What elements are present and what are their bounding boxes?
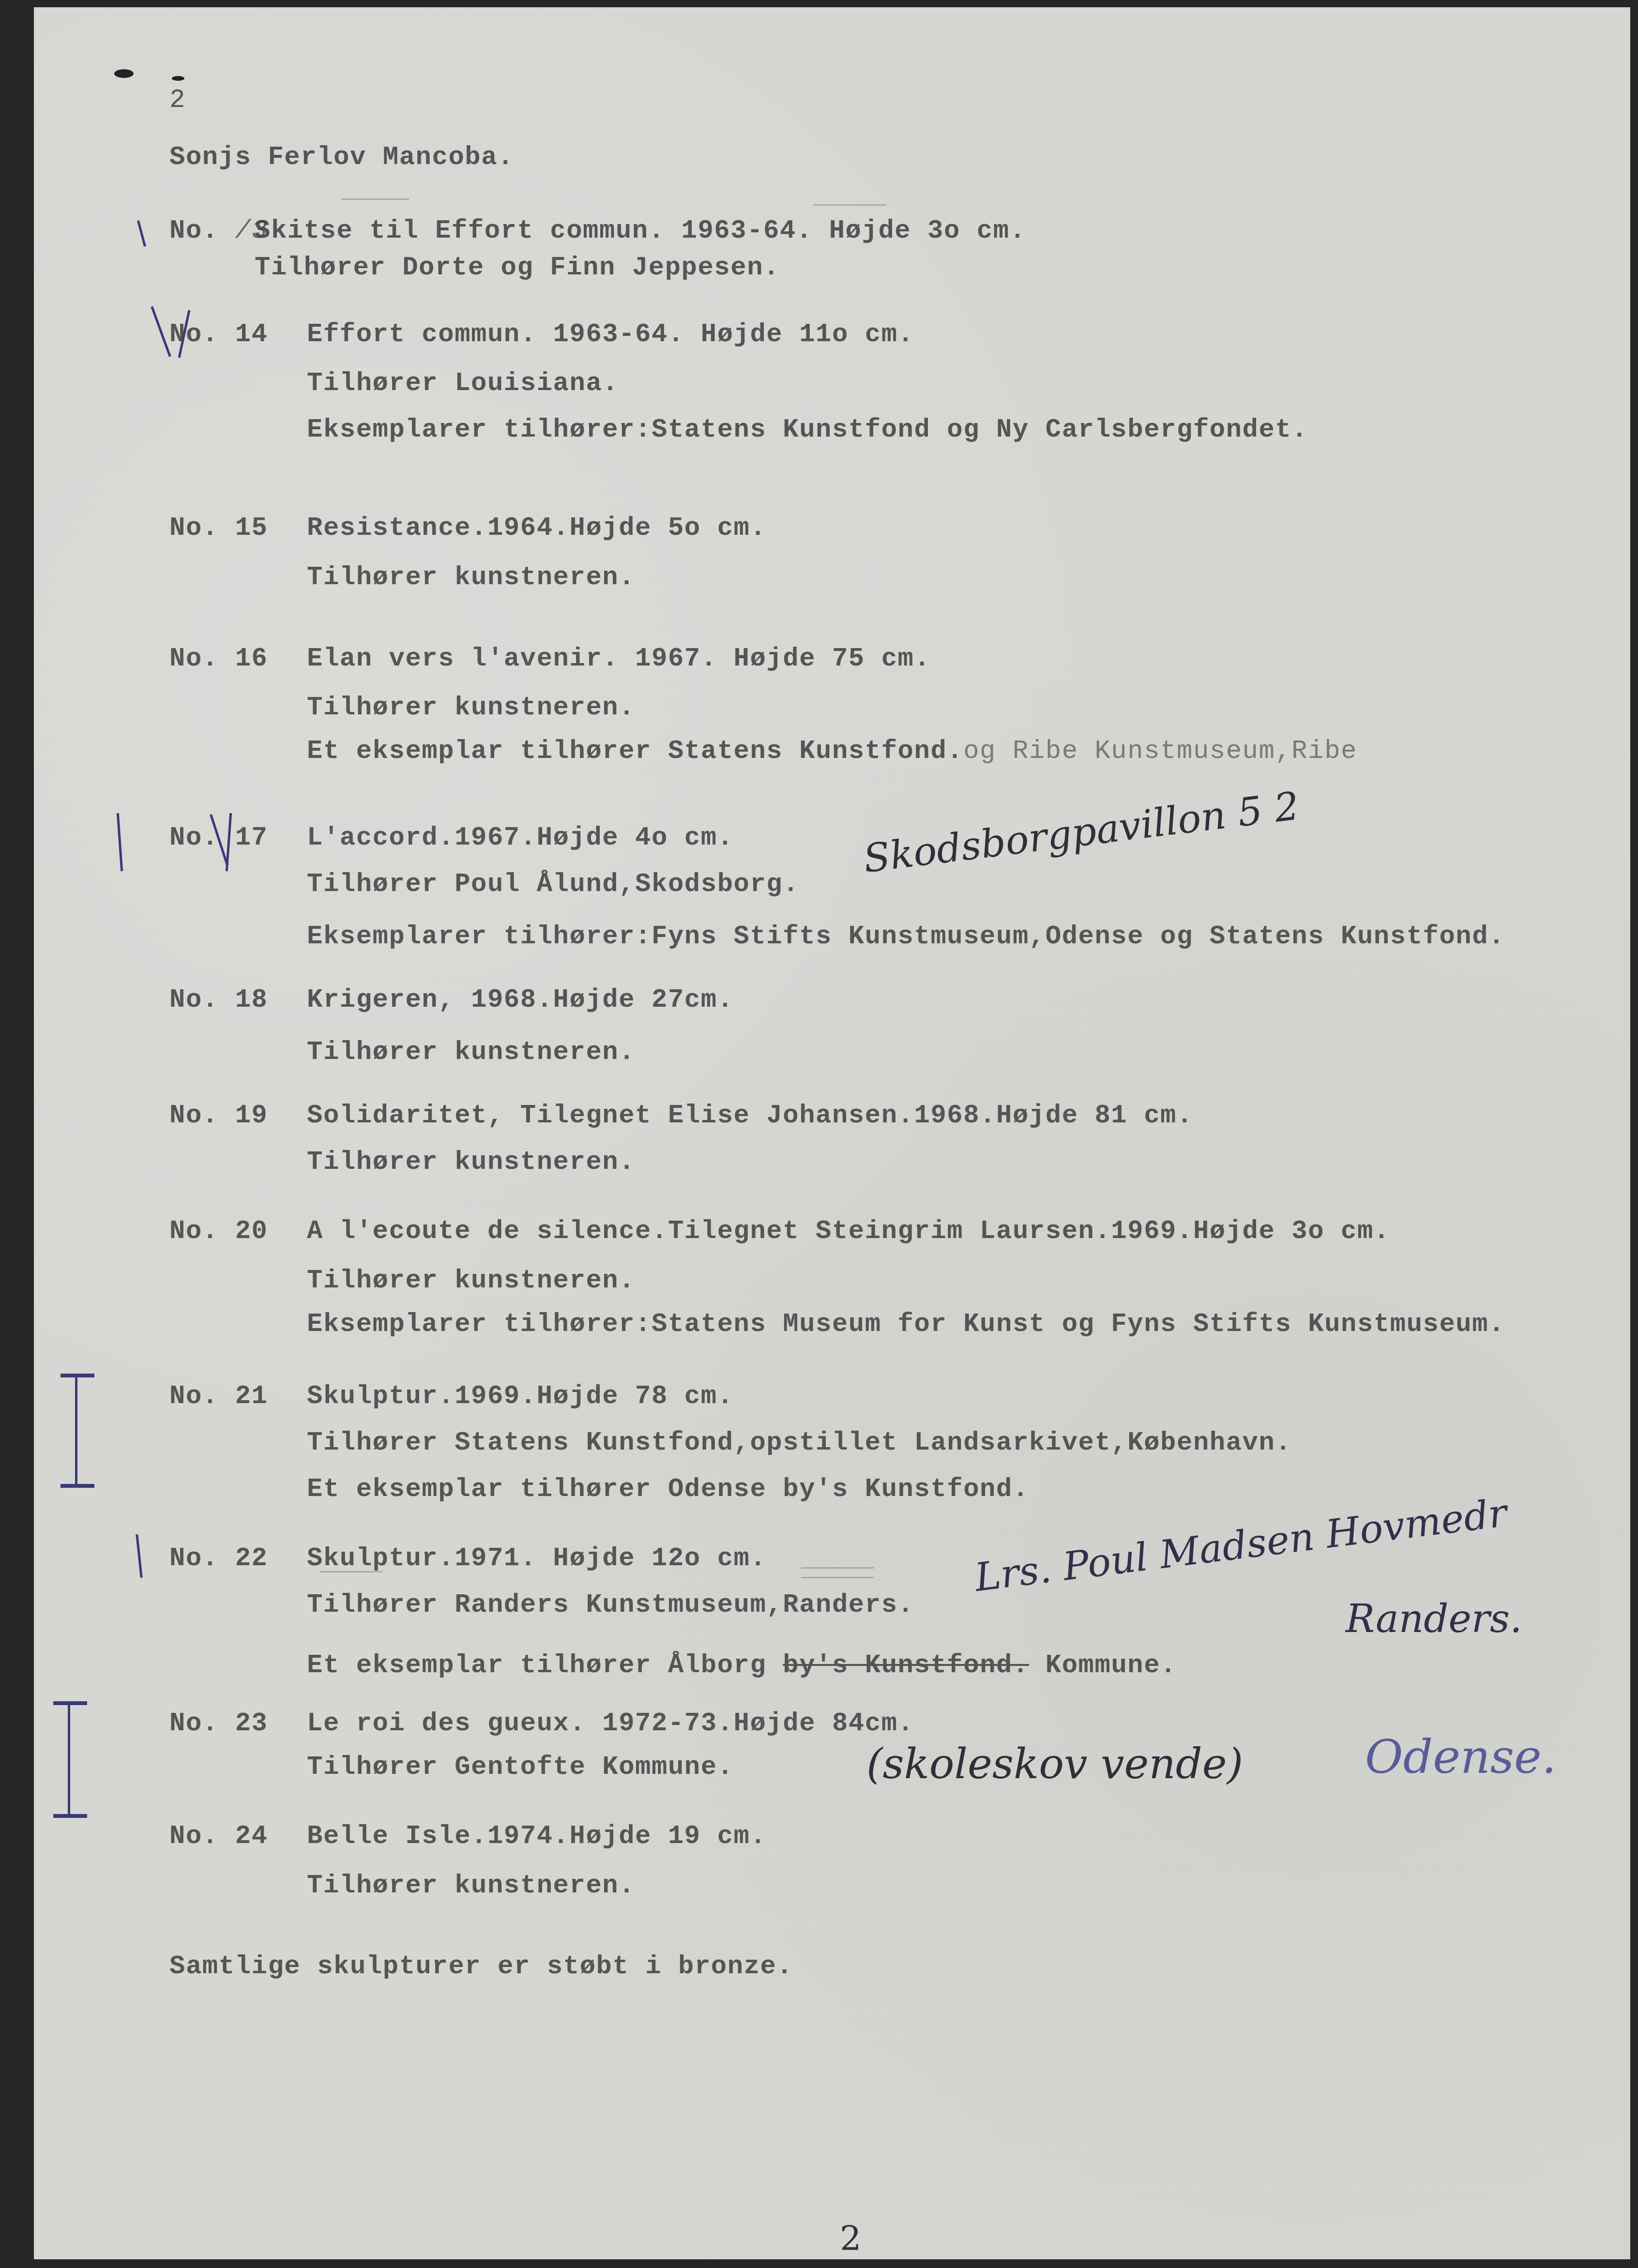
punch-mark <box>172 76 184 81</box>
struck-text: by's Kunstfond. <box>783 1651 1029 1680</box>
entry-number: No. 14 <box>169 320 268 349</box>
entry-line: Et eksemplar tilhører Statens Kunstfond.… <box>307 737 1357 766</box>
entry-number: No. 21 <box>169 1382 268 1411</box>
divider <box>341 198 409 200</box>
entry-number: No. 15 <box>169 514 268 543</box>
page-number-top: 2 <box>169 86 186 115</box>
entry-line: Resistance.1964.Højde 5o cm. <box>307 514 766 543</box>
entry-line: Effort commun. 1963-64. Højde 11o cm. <box>307 320 914 349</box>
entry-line: Skulptur.1969.Højde 78 cm. <box>307 1382 734 1411</box>
handwritten-note: (skoleskov vende) <box>866 1742 1243 1786</box>
entry-number: No. 16 <box>169 645 268 674</box>
punch-mark <box>114 69 134 78</box>
entry-number: No. /3 <box>169 217 268 246</box>
entry-number: No. 17 <box>169 824 268 853</box>
entry-number: No. 20 <box>169 1217 268 1246</box>
page-title: Sonjs Ferlov Mancoba. <box>169 143 514 172</box>
entry-line: Eksemplarer tilhører:Fyns Stifts Kunstmu… <box>307 922 1505 952</box>
entry-line: A l'ecoute de silence.Tilegnet Steingrim… <box>307 1217 1390 1246</box>
entry-line: Tilhører Poul Ålund,Skodsborg. <box>307 870 799 899</box>
entry-line: Tilhører Gentofte Kommune. <box>307 1753 734 1782</box>
entry-line: Skitse til Effort commun. 1963-64. Højde… <box>255 217 1026 246</box>
entry-line: Eksemplarer tilhører:Statens Kunstfond o… <box>307 416 1308 445</box>
entry-line: Et eksemplar tilhører Odense by's Kunstf… <box>307 1475 1029 1504</box>
closing-line: Samtlige skulpturer er støbt i bronze. <box>169 1952 793 1981</box>
entry-line: Belle Isle.1974.Højde 19 cm. <box>307 1822 766 1851</box>
entry-line: Skulptur.1971. Højde 12o cm. <box>307 1544 766 1573</box>
entry-line: Et eksemplar tilhører Ålborg by's Kunstf… <box>307 1651 1177 1680</box>
entry-number: No. 19 <box>169 1102 268 1131</box>
divider <box>813 204 886 206</box>
bracket-mark-icon <box>53 1701 87 1818</box>
entry-line: Solidaritet, Tilegnet Elise Johansen.196… <box>307 1102 1193 1131</box>
handwritten-note: Randers. <box>1346 1597 1522 1641</box>
entry-line: Tilhører kunstneren. <box>307 1038 635 1067</box>
entry-line: Tilhører Dorte og Finn Jeppesen. <box>255 254 780 283</box>
entry-line: Eksemplarer tilhører:Statens Museum for … <box>307 1310 1505 1339</box>
entry-number: No. 22 <box>169 1544 268 1573</box>
entry-line: Tilhører kunstneren. <box>307 1148 635 1177</box>
entry-line: Elan vers l'avenir. 1967. Højde 75 cm. <box>307 645 930 674</box>
appended-typed-text: og Ribe Kunstmuseum,Ribe <box>963 737 1357 766</box>
entry-line: Tilhører kunstneren. <box>307 694 635 723</box>
entry-line: Le roi des gueux. 1972-73.Højde 84cm. <box>307 1709 914 1739</box>
entry-line: Tilhører kunstneren. <box>307 1267 635 1296</box>
entry-line: Krigeren, 1968.Højde 27cm. <box>307 986 734 1015</box>
entry-line: Tilhører Louisiana. <box>307 369 619 398</box>
entry-number: No. 18 <box>169 986 268 1015</box>
divider <box>319 1571 382 1572</box>
entry-line: Tilhører Randers Kunstmuseum,Randers. <box>307 1591 914 1620</box>
footer-page-number: 2 <box>840 2217 862 2260</box>
handwritten-note-blue: Odense. <box>1365 1735 1556 1779</box>
entry-number: No. 24 <box>169 1822 268 1851</box>
entry-line: Tilhører Statens Kunstfond,opstillet Lan… <box>307 1429 1291 1458</box>
entry-line: L'accord.1967.Højde 4o cm. <box>307 824 734 853</box>
divider <box>801 1577 874 1578</box>
entry-number: No. 23 <box>169 1709 268 1739</box>
entry-line: Tilhører kunstneren. <box>307 563 635 592</box>
entry-line: Tilhører kunstneren. <box>307 1872 635 1901</box>
bracket-mark-icon <box>61 1374 94 1488</box>
divider <box>801 1567 874 1569</box>
